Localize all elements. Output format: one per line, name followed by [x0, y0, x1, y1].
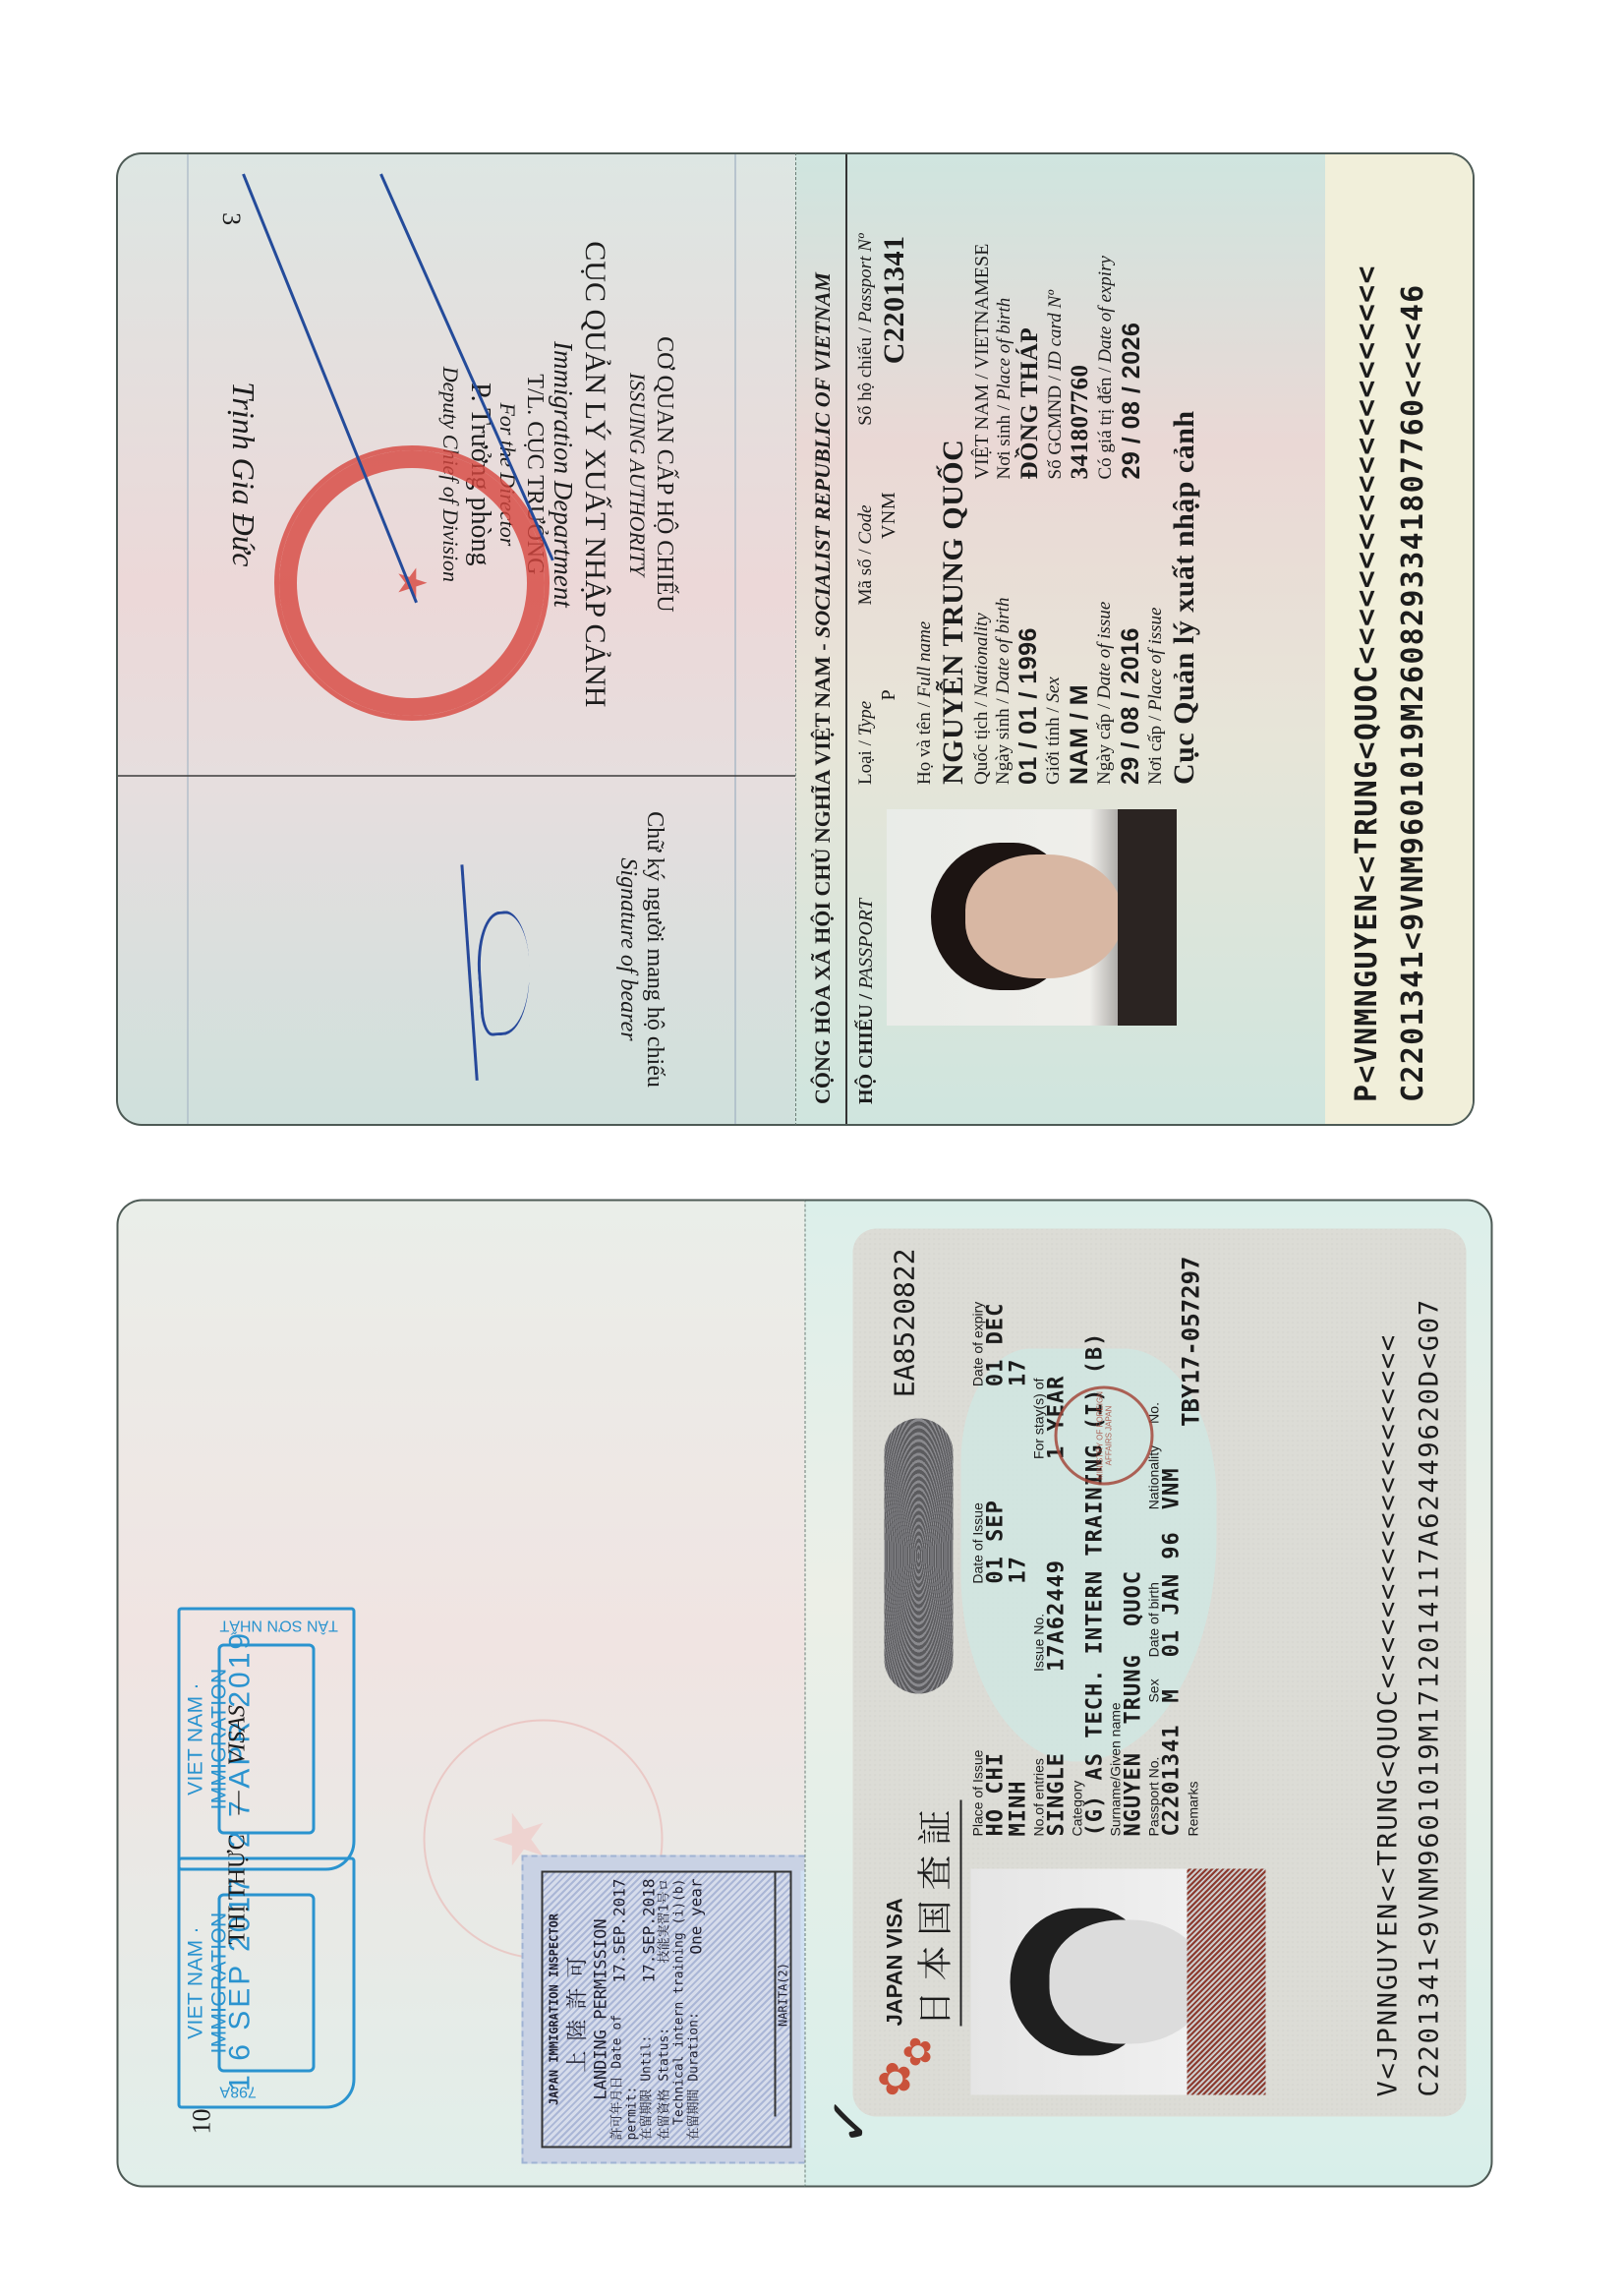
full-name-label: Họ và tên / Full name [914, 174, 936, 785]
passport-data-spread: CƠ QUAN CẤP HỘ CHIẾU ISSUING AUTHORITY C… [116, 152, 1475, 1126]
sakura-flower-icon: ✿ [899, 2036, 937, 2068]
entry-stamp: VIET NAM · IMMIGRATION 1 6 SEP 2017 798A [177, 1857, 355, 2109]
photo-background-pattern [1187, 1869, 1265, 2095]
landing-title: LANDING PERMISSION [591, 1879, 610, 2141]
page-number: 3 [216, 212, 246, 225]
passport-data-page: CỘNG HÒA XÃ HỘI CHỦ NGHĨA VIỆT NAM - SOC… [795, 152, 1475, 1126]
mrz-line-2: C2201341<9VNM9601019M2608293341807760<<<… [1391, 176, 1437, 1102]
landing-permission-codes: 1627260499 HYTK3707841 EG90629576FA [800, 1871, 804, 2149]
type-value: P [877, 605, 900, 785]
landing-permission-main: JAPAN IMMIGRATION INSPECTOR 上陸許可 LANDING… [541, 1871, 791, 2149]
code-value: VNM [877, 426, 900, 606]
visas-heading-dash: — [224, 1791, 250, 1814]
pob-value: ĐỒNG THÁP [1015, 174, 1045, 480]
full-name-value: NGUYỄN TRUNG QUỐC [936, 174, 971, 785]
mrz-line-1: P<VNMNGUYEN<<TRUNG<QUOC<<<<<<<<<<<<<<<<<… [1345, 176, 1391, 1102]
machine-readable-zone: P<VNMNGUYEN<<TRUNG<QUOC<<<<<<<<<<<<<<<<<… [1325, 154, 1473, 1124]
data-page-header: CỘNG HÒA XÃ HỘI CHỦ NGHĨA VIỆT NAM - SOC… [810, 174, 836, 1104]
field-date-of-expiry: Date of expiry01 DEC 17 [970, 1270, 1029, 1387]
status-value-row: Technical intern training (i)(b) [672, 1879, 687, 2141]
id-value: 341807760 [1066, 174, 1095, 480]
landing-kanji: 上陸許可 [560, 1879, 591, 2141]
ministry-seal-icon: MINISTRY OF FOREIGN AFFAIRS JAPAN [1054, 1386, 1153, 1486]
duration-row: 在留期間 Duration:One year [687, 1879, 705, 2141]
exit-stamp-port: TÂN SƠN NHẤT [219, 1617, 337, 1634]
passport-observation-page: CƠ QUAN CẤP HỘ CHIẾU ISSUING AUTHORITY C… [116, 152, 795, 1126]
field-sex: SexM [1146, 1678, 1183, 1702]
stamp-page: 10 VIET NAM · IMMIGRATION 1 6 SEP 2017 7… [116, 1200, 804, 2188]
field-dob: Date of birth01 JAN 96 [1146, 1531, 1183, 1657]
red-seal-stamp-icon: ★ [274, 445, 550, 721]
signer-name: Trịnh Gia Đức [225, 212, 261, 736]
guilloche-ornament [884, 1419, 953, 1694]
visa-mrz-line-1: V<JPNNGUYEN<<TRUNG<QUOC<<<<<<<<<<<<<<<<<… [1367, 1239, 1409, 2097]
pob-label: Nơi sinh / Place of birth [994, 174, 1015, 480]
visa-spread: 10 VIET NAM · IMMIGRATION 1 6 SEP 2017 7… [116, 1200, 1492, 2188]
divider-line [118, 775, 795, 777]
sex-label: Giới tính / Sex [1043, 480, 1065, 786]
document-type-en: PASSPORT [855, 899, 877, 989]
visa-sticker: ✿ ✿ JAPAN VISA 日本国査証 EA8520822 Place of … [852, 1229, 1466, 2117]
dob-label: Ngày sinh / Date of birth [993, 480, 1014, 786]
sex-value: NAM / M [1065, 480, 1094, 786]
photo-face [1049, 1920, 1206, 2044]
dob-value: 01 / 01 / 1996 [1014, 480, 1043, 786]
field-passport-no: Số hộ chiếu / Passport Nº C2201341 [855, 174, 912, 426]
visa-number: EA8520822 [888, 1249, 920, 1398]
country-name-vi: CỘNG HÒA XÃ HỘI CHỦ NGHĨA VIỆT NAM - [810, 638, 835, 1104]
field-code: Mã số / Code VNM [855, 426, 912, 606]
field-place-of-issue: Place of IssueHO CHI MINH [970, 1694, 1029, 1837]
japan-visa-page: ✓ ✿ ✿ JAPAN VISA 日本国査証 EA8520822 Place o… [804, 1200, 1492, 2188]
field-issue-no: Issue No.17A62449 [1031, 1560, 1068, 1672]
expiry-label: Có giá trị đến / Date of expiry [1095, 174, 1117, 480]
photo-shirt [1118, 809, 1177, 1026]
control-number: TBY17-057297 [1177, 1257, 1204, 1427]
authority-label-vi: CƠ QUAN CẤP HỘ CHIẾU [650, 212, 677, 736]
issue-date-label: Ngày cấp / Date of issue [1094, 480, 1116, 786]
bearer-signature [460, 860, 537, 1081]
bearer-signature-label-vi: Chữ ký người mang hộ chiếu [641, 804, 667, 1095]
visa-machine-readable-zone: V<JPNNGUYEN<<TRUNG<QUOC<<<<<<<<<<<<<<<<<… [1367, 1239, 1450, 2097]
expiry-value: 29 / 08 / 2026 [1117, 174, 1146, 480]
nationality-value: VIỆT NAM / VIETNAMESE [971, 174, 994, 480]
document-type: HỘ CHIẾU / PASSPORT [855, 899, 878, 1104]
visa-mrz-line-2: C2201341<9VNM9601019M1712014117A62449620… [1409, 1239, 1450, 2097]
place-issue-label: Nơi cấp / Place of issue [1145, 480, 1167, 786]
page-seam [734, 154, 736, 1124]
field-name: Surname/Given nameNGUYEN TRUNG QUOC [1108, 1570, 1144, 1837]
landing-header: JAPAN IMMIGRATION INSPECTOR [547, 1879, 560, 2141]
issue-date-value: 29 / 08 / 2016 [1116, 480, 1145, 786]
field-full-name: Họ và tên / Full name NGUYỄN TRUNG QUỐC [914, 174, 971, 785]
passport-no-label: Số hộ chiếu / Passport Nº [855, 174, 877, 426]
authority-label-en: ISSUING AUTHORITY [625, 212, 650, 736]
left-column: Quốc tịch / Nationality Ngày sinh / Date… [971, 480, 1167, 786]
field-passport-no: Passport No.C2201341 [1146, 1725, 1183, 1837]
page-number: 10 [187, 2109, 216, 2135]
id-label: Số GCMND / ID card Nº [1045, 174, 1067, 480]
visa-holder-photo [970, 1869, 1265, 2095]
holder-photo [887, 809, 1177, 1026]
right-column: VIỆT NAM / VIETNAMESE Nơi sinh / Place o… [971, 174, 1167, 480]
bearer-signature-label-en: Signature of bearer [614, 804, 641, 1095]
passport-no-value: C2201341 [877, 174, 912, 426]
visas-heading-vi: THỊ THỰC [224, 1834, 250, 1944]
header-rule [845, 154, 847, 1124]
field-entries: No.of entriesSINGLE [1031, 1752, 1068, 1836]
visa-title: JAPAN VISA [882, 1898, 907, 2026]
authority-name-en: Immigration Department [548, 212, 578, 736]
field-remarks: Remarks [1186, 1781, 1199, 1836]
entry-stamp-code: 798A [219, 2083, 256, 2100]
status-row: 在留資格 Status:技能実習1号ロ [658, 1879, 672, 2141]
visas-heading-en: VISAS [224, 1705, 250, 1765]
until-row: 在留期限 Until:17.SEP.2018 [640, 1879, 658, 2141]
biographic-fields: Loại / Type P Mã số / Code VNM Số hộ chi… [855, 174, 1202, 785]
code-label: Mã số / Code [855, 426, 877, 606]
landing-permission-sticker: JAPAN IMMIGRATION INSPECTOR 上陸許可 LANDING… [521, 1855, 804, 2164]
type-label: Loại / Type [855, 605, 877, 785]
field-type: Loại / Type P [855, 605, 912, 785]
visa-fields: Place of IssueHO CHI MINH Date of Issue0… [970, 1249, 1201, 1837]
place-issue-value: Cục Quản lý xuất nhập cảnh [1167, 174, 1202, 785]
bearer-signature-block: Chữ ký người mang hộ chiếu Signature of … [614, 804, 667, 1095]
visas-heading: THỊ THỰC — VISAS [224, 1705, 251, 1944]
photo-face [965, 854, 1123, 978]
document-type-vi: HỘ CHIẾU / [855, 989, 877, 1104]
field-date-of-issue: Date of Issue01 SEP 17 [970, 1467, 1029, 1584]
page-seam [187, 154, 189, 1124]
exit-stamp: VIET NAM · IMMIGRATION 2 7 APR 2019 TÂN … [177, 1608, 355, 1871]
field-nationality: NationalityVNM [1146, 1445, 1183, 1509]
landing-port: NARITA(2) [774, 1873, 789, 2117]
authority-name-vi: CỤC QUẢN LÝ XUẤT NHẬP CẢNH [578, 212, 612, 736]
nationality-label: Quốc tịch / Nationality [971, 480, 993, 786]
country-name-en: SOCIALIST REPUBLIC OF VIETNAM [810, 272, 835, 638]
visa-title-kanji: 日本国査証 [907, 1799, 961, 2026]
date-of-permit-row: 許可年月日 Date of permit:17.SEP.2017 [610, 1879, 640, 2141]
